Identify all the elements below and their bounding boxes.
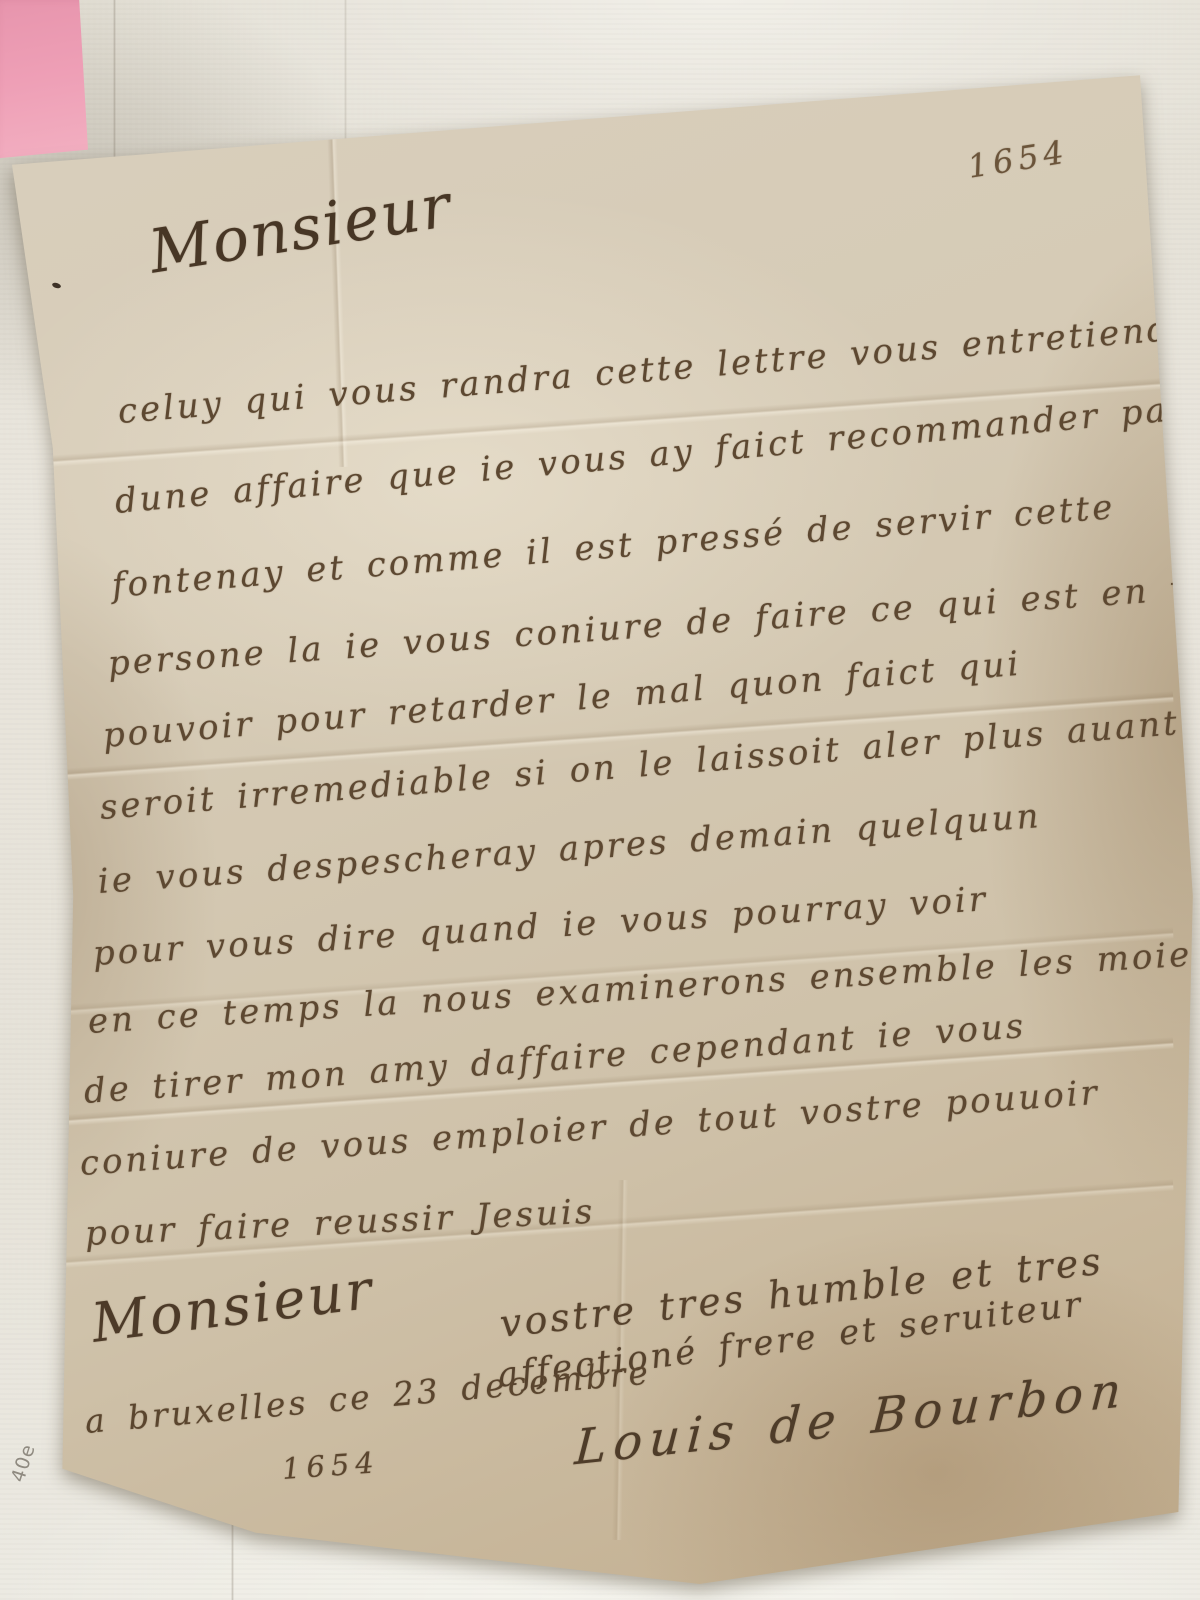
- archival-year-annotation: 1654: [965, 132, 1071, 185]
- place-date-line: a bruxelles ce 23 decembre: [83, 1353, 652, 1441]
- salutation: Monsieur: [145, 171, 457, 288]
- signature: Louis de Bourbon: [573, 1362, 1130, 1477]
- place-date-year: 1654: [281, 1445, 381, 1486]
- photo-of-letter: 1654 Monsieur celuy qui vous randra cett…: [0, 0, 1200, 1600]
- ink-dot: [51, 282, 61, 290]
- letter-paper: 1654 Monsieur celuy qui vous randra cett…: [0, 0, 1200, 1600]
- letter-wrap: 1654 Monsieur celuy qui vous randra cett…: [0, 0, 1200, 1600]
- closing-address: Monsieur: [88, 1258, 378, 1355]
